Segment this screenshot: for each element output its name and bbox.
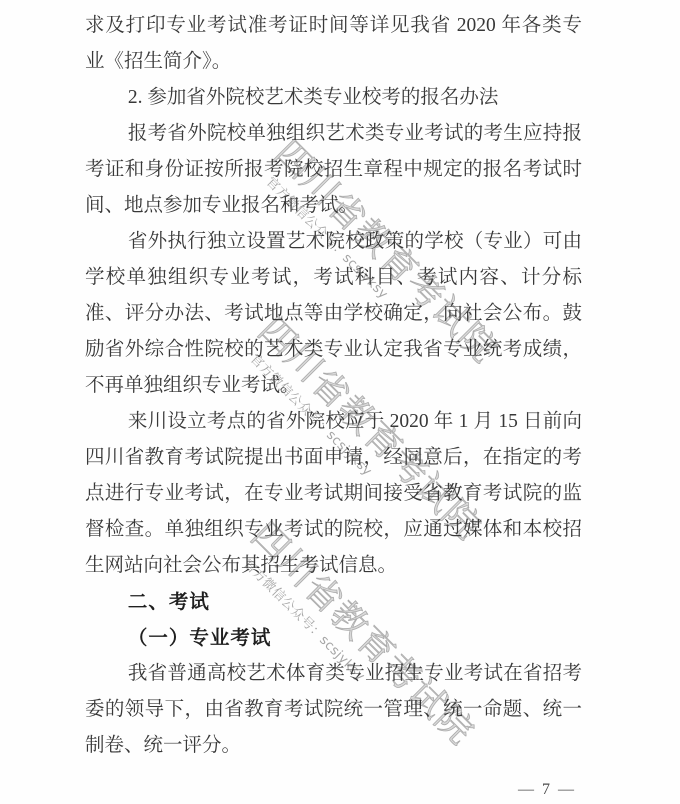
paragraph: 我省普通高校艺术体育类专业招生专业考试在省招考委的领导下，由省教育考试院统一管理… (85, 656, 582, 764)
numbered-item-2: 2. 参加省外院校艺术类专业校考的报名办法 (85, 80, 582, 116)
paragraph: 省外执行独立设置艺术院校政策的学校（专业）可由学校单独组织专业考试，考试科目、考… (85, 224, 582, 404)
document-content: 求及打印专业考试准考证时间等详见我省 2020 年各类专业《招生简介》。 2. … (85, 8, 582, 764)
section-heading: 二、考试 (85, 584, 582, 620)
paragraph-continuation: 求及打印专业考试准考证时间等详见我省 2020 年各类专业《招生简介》。 (85, 8, 582, 80)
paragraph: 来川设立考点的省外院校应于 2020 年 1 月 15 日前向四川省教育考试院提… (85, 404, 582, 584)
document-page: 四川省教育考试院 官方微信公众号：scsjyksy 四川省教育考试院 官方微信公… (0, 0, 680, 804)
subsection-heading: （一）专业考试 (85, 620, 582, 656)
page-number: — 7 — (518, 781, 576, 799)
paragraph: 报考省外院校单独组织艺术类专业考试的考生应持报考证和身份证按所报考院校招生章程中… (85, 116, 582, 224)
